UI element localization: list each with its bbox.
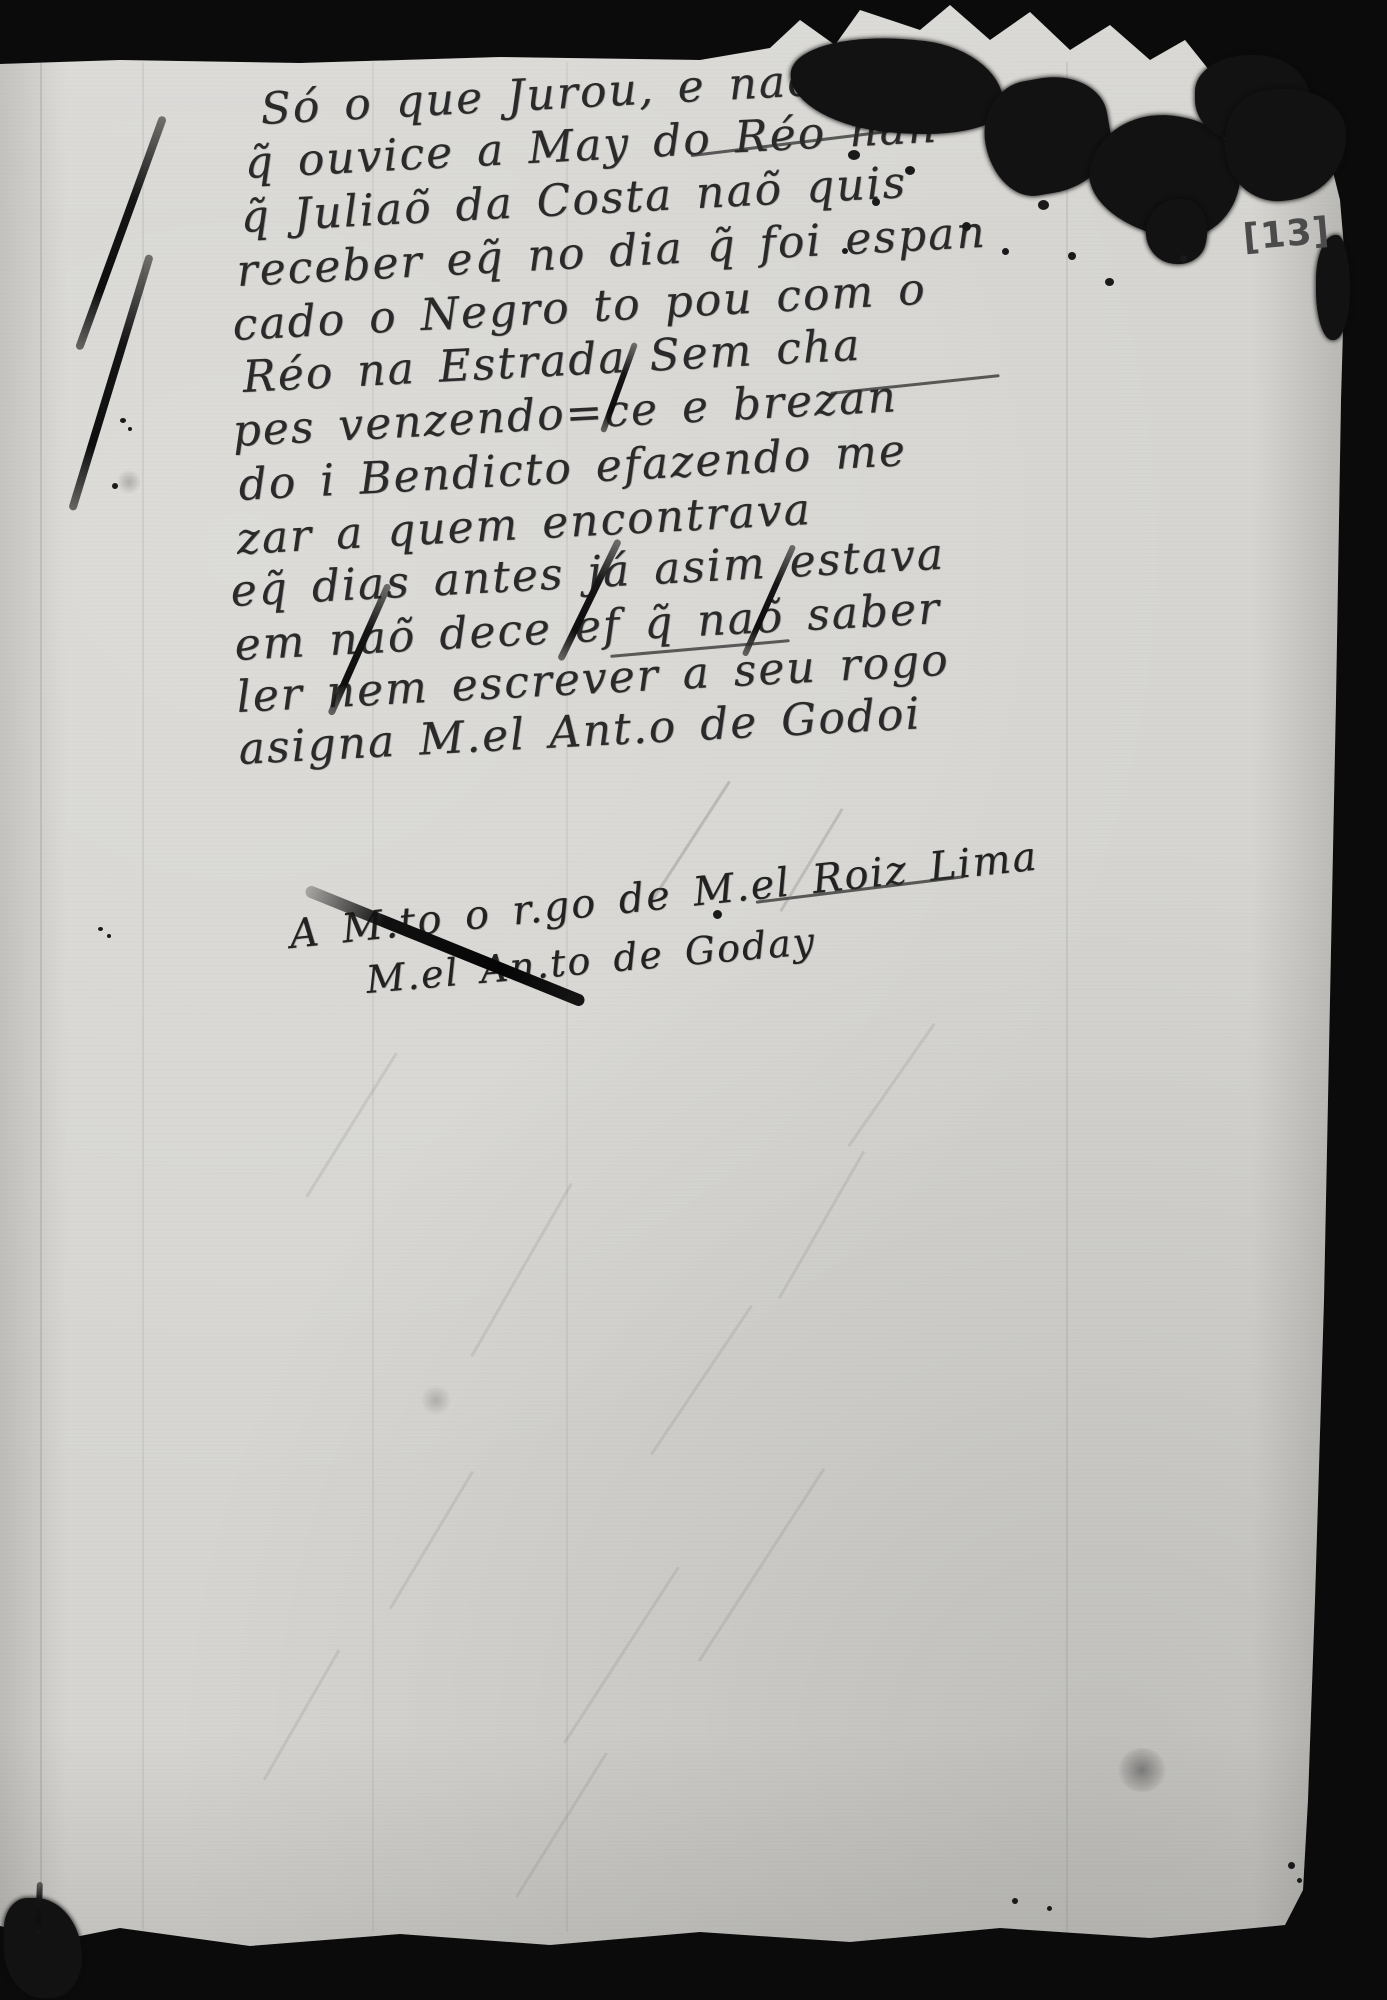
ink-speckle — [1068, 252, 1076, 260]
crease-line — [40, 62, 42, 1932]
page-number-annotation: [13] — [1241, 210, 1331, 258]
stain — [116, 470, 142, 494]
ink-speckle — [1002, 248, 1009, 255]
scanned-document: Só o que Jurou, e naõ Jurou q̃ ouvice a … — [0, 0, 1387, 2000]
ink-speckle — [1288, 1862, 1295, 1869]
stain — [1118, 1748, 1166, 1792]
ink-speckle — [120, 418, 126, 423]
ink-speckle — [713, 910, 722, 919]
ink-speckle — [1105, 278, 1114, 286]
ink-speckle — [905, 166, 915, 175]
ink-speckle — [872, 198, 880, 206]
ink-speckle — [1047, 1906, 1052, 1911]
ink-speckle — [128, 427, 132, 431]
stain — [420, 1385, 452, 1415]
ink-speckle — [962, 222, 971, 231]
crease-line — [1066, 62, 1068, 1932]
ink-speckle — [842, 248, 848, 254]
ink-speckle — [1012, 1898, 1018, 1904]
ink-speckle — [1297, 1878, 1302, 1883]
ink-speckle — [107, 934, 111, 938]
ink-speckle — [98, 927, 103, 931]
crease-line — [142, 62, 144, 1932]
ink-speckle — [848, 150, 860, 160]
ink-speckle — [1180, 255, 1187, 262]
ink-speckle — [1038, 200, 1049, 210]
